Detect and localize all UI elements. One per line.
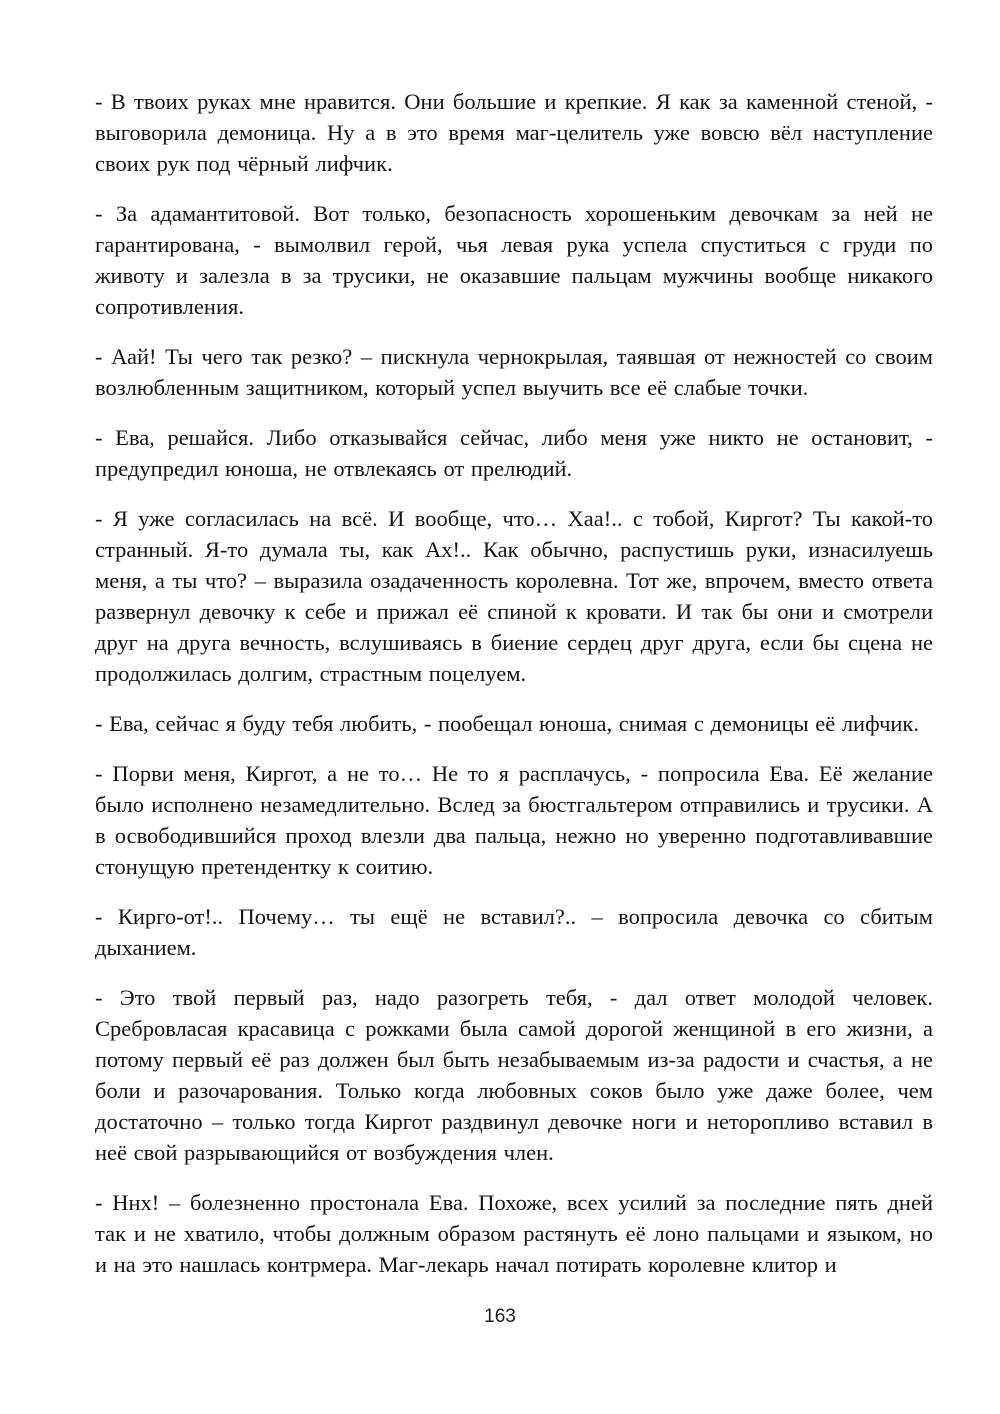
paragraph-7: - Порви меня, Киргот, а не то… Не то я р… bbox=[95, 758, 933, 882]
paragraph-8: - Кирго-от!.. Почему… ты ещё не вставил?… bbox=[95, 901, 933, 963]
paragraph-5: - Я уже согласилась на всё. И вообще, чт… bbox=[95, 503, 933, 689]
paragraph-2: - За адамантитовой. Вот только, безопасн… bbox=[95, 198, 933, 322]
paragraph-9: - Это твой первый раз, надо разогреть те… bbox=[95, 982, 933, 1168]
paragraph-1: - В твоих руках мне нравится. Они больши… bbox=[95, 86, 933, 179]
paragraph-10: - Ннх! – болезненно простонала Ева. Похо… bbox=[95, 1187, 933, 1280]
paragraph-3: - Аай! Ты чего так резко? – пискнула чер… bbox=[95, 341, 933, 403]
paragraph-6: - Ева, сейчас я буду тебя любить, - пооб… bbox=[95, 708, 933, 739]
document-page: - В твоих руках мне нравится. Они больши… bbox=[0, 0, 1000, 1414]
text-block: - В твоих руках мне нравится. Они больши… bbox=[95, 86, 933, 1299]
paragraph-4: - Ева, решайся. Либо отказывайся сейчас,… bbox=[95, 422, 933, 484]
page-number: 163 bbox=[0, 1306, 1000, 1328]
